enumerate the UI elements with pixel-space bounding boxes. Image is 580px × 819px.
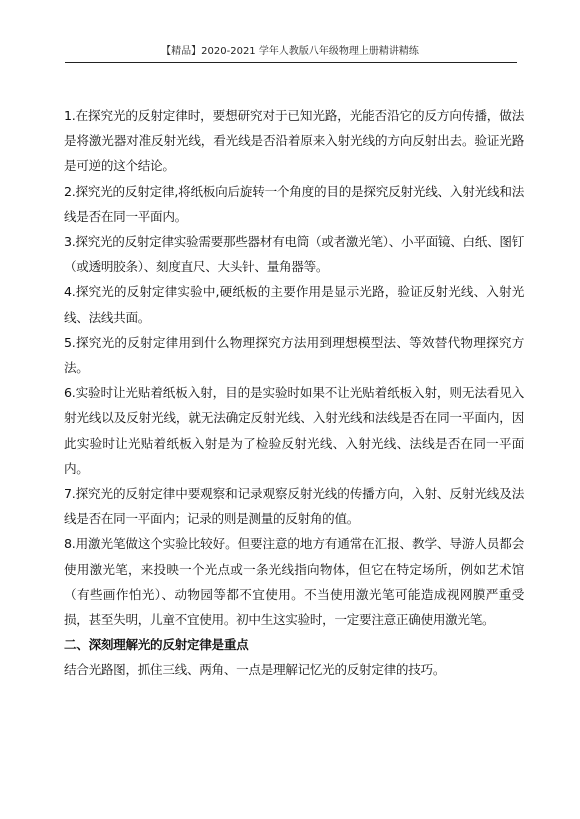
section-heading: 二、深刻理解光的反射定律是重点: [64, 632, 524, 657]
paragraph-3: 3.探究光的反射定律实验需要那些器材有电筒（或者激光笔）、小平面镜、白纸、图钉（…: [64, 229, 524, 279]
document-body: 1.在探究光的反射定律时，要想研究对于已知光路，光能否沿它的反方向传播，做法是将…: [64, 103, 524, 683]
paragraph-5: 5.探究光的反射定律用到什么物理探究方法用到理想模型法、等效替代物理探究方法。: [64, 330, 524, 380]
page-header: 【精品】2020-2021 学年人教版八年级物理上册精讲精练: [0, 45, 580, 59]
paragraph-1: 1.在探究光的反射定律时，要想研究对于已知光路，光能否沿它的反方向传播，做法是将…: [64, 103, 524, 179]
paragraph-6: 6.实验时让光贴着纸板入射，目的是实验时如果不让光贴着纸板入射，则无法看见入射光…: [64, 380, 524, 481]
header-divider: [65, 62, 517, 63]
paragraph-4: 4.探究光的反射定律实验中,硬纸板的主要作用是显示光路，验证反射光线、入射光线、…: [64, 279, 524, 329]
paragraph-8: 8.用激光笔做这个实验比较好。但要注意的地方有通常在汇报、教学、导游人员都会使用…: [64, 531, 524, 632]
paragraph-7: 7.探究光的反射定律中要观察和记录观察反射光线的传播方向，入射、反射光线及法线是…: [64, 481, 524, 531]
paragraph-2: 2.探究光的反射定律,将纸板向后旋转一个角度的目的是探究反射光线、入射光线和法线…: [64, 179, 524, 229]
section-body: 结合光路图，抓住三线、两角、一点是理解记忆光的反射定律的技巧。: [64, 657, 524, 682]
